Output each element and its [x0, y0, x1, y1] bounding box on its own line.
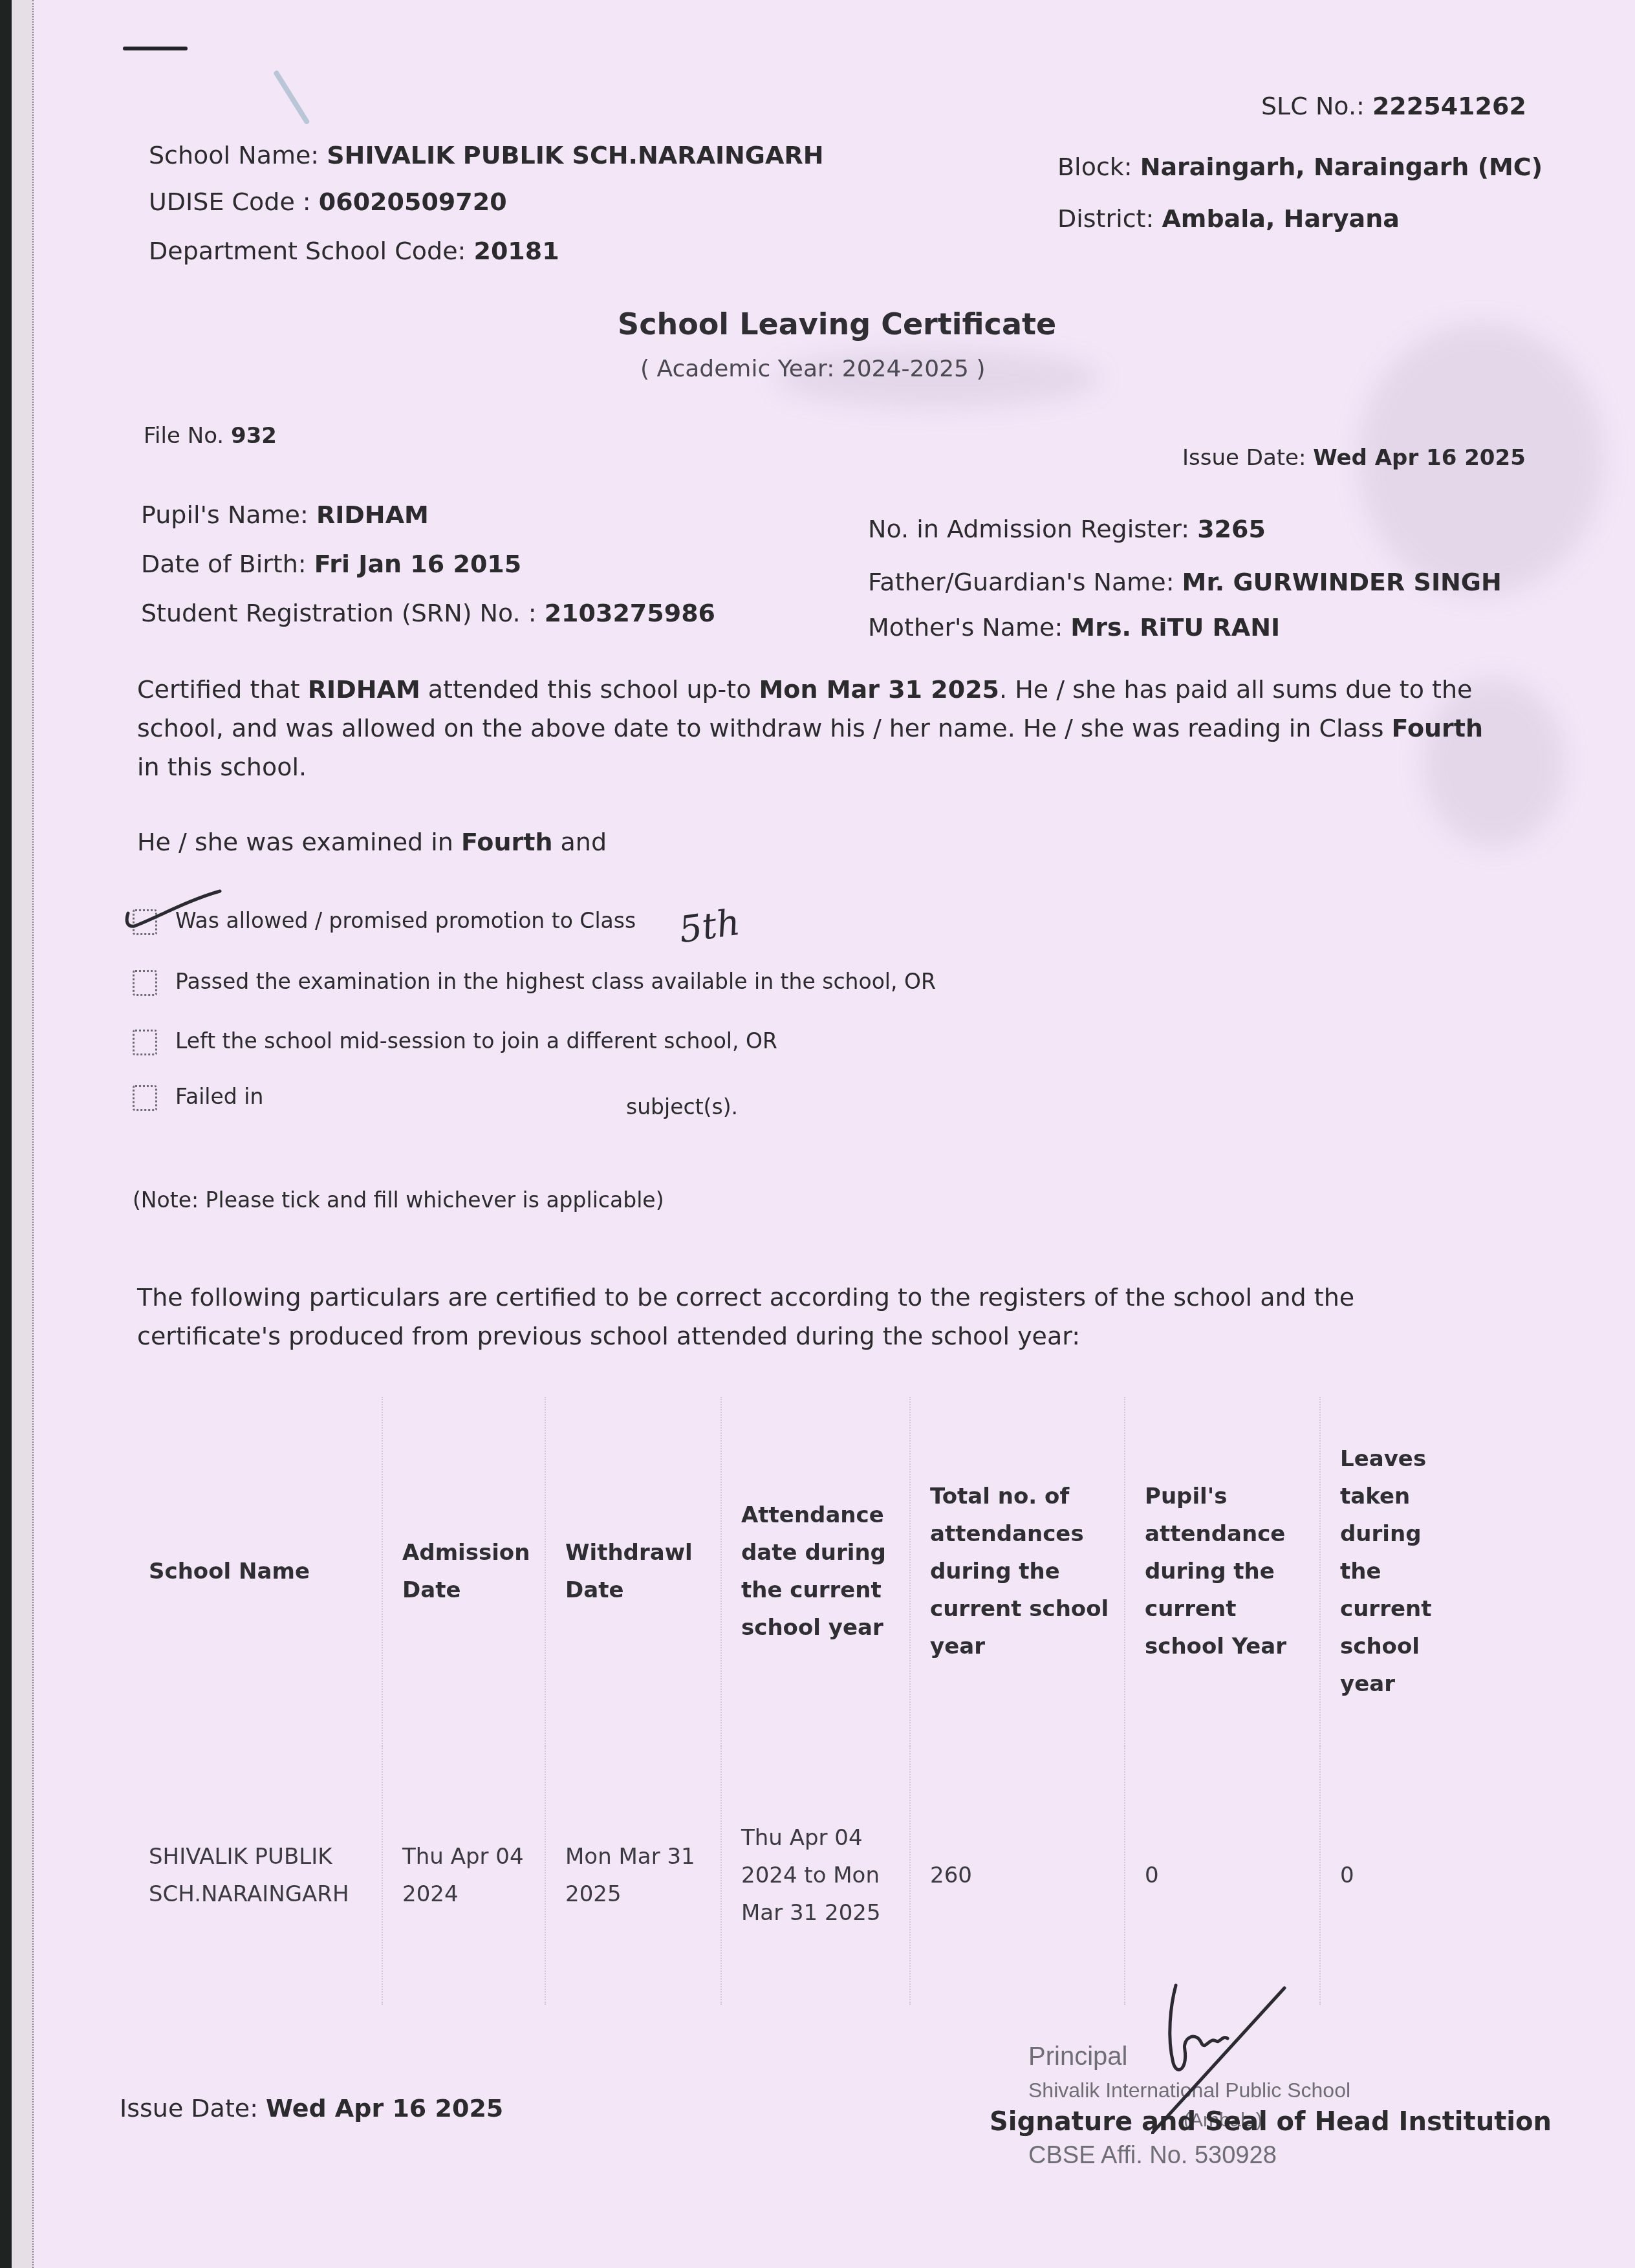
staple-mark	[273, 70, 310, 125]
passed-checkbox[interactable]	[133, 970, 157, 996]
principal-signature-icon	[1151, 1979, 1306, 2134]
school-name: School Name: SHIVALIK PUBLIK SCH.NARAING…	[149, 141, 824, 169]
file-number: File No. 932	[144, 423, 277, 449]
header-withdrawl-date: Withdrawl Date	[545, 1397, 721, 1746]
academic-year: ( Academic Year: 2024-2025 )	[640, 356, 986, 382]
srn-number: Student Registration (SRN) No. : 2103275…	[141, 599, 715, 627]
scan-edge	[0, 0, 12, 2268]
stamp-affiliation: CBSE Affi. No. 530928	[1028, 2142, 1277, 2170]
particulars-intro: The following particulars are certified …	[137, 1278, 1431, 1355]
left-mid-session-checkbox[interactable]	[133, 1030, 157, 1055]
scan-border	[12, 0, 34, 2268]
date-of-birth: Date of Birth: Fri Jan 16 2015	[141, 550, 521, 578]
option-passed-highest-class: Passed the examination in the highest cl…	[133, 969, 936, 996]
check-mark-icon	[123, 887, 226, 939]
handwritten-class: 5th	[677, 902, 742, 951]
cell-admission-date: Thu Apr 04 2024	[382, 1746, 545, 2005]
certification-statement: Certified that RIDHAM attended this scho…	[137, 670, 1508, 786]
pupil-name: Pupil's Name: RIDHAM	[141, 501, 429, 529]
header-admission-date: Admission Date	[382, 1397, 545, 1746]
department-school-code: Department School Code: 20181	[149, 237, 559, 265]
issue-date-bottom: Issue Date: Wed Apr 16 2025	[120, 2094, 503, 2122]
father-guardian-name: Father/Guardian's Name: Mr. GURWINDER SI…	[868, 568, 1502, 596]
failed-checkbox[interactable]	[133, 1085, 157, 1111]
option-failed: Failed in	[133, 1084, 263, 1111]
option-left-mid-session: Left the school mid-session to join a di…	[133, 1028, 777, 1055]
header-school-name: School Name	[126, 1397, 382, 1746]
examined-statement: He / she was examined in Fourth and	[137, 828, 607, 856]
cell-withdrawl-date: Mon Mar 31 2025	[545, 1746, 721, 2005]
note: (Note: Please tick and fill whichever is…	[133, 1187, 664, 1213]
cell-pupil-attendance: 0	[1125, 1746, 1320, 2005]
cell-total-attendances: 260	[910, 1746, 1125, 2005]
cell-leaves-taken: 0	[1320, 1746, 1444, 2005]
stamp-principal: Principal	[1028, 2042, 1127, 2071]
cell-school-name: SHIVALIK PUBLIK SCH.NARAINGARH	[126, 1746, 382, 2005]
header-attendance-date: Attendance date during the current schoo…	[721, 1397, 910, 1746]
issue-date-top: Issue Date: Wed Apr 16 2025	[1182, 445, 1526, 471]
staple-mark	[123, 47, 188, 50]
slc-number: SLC No.: 222541262	[1261, 92, 1526, 120]
failed-subjects-suffix: subject(s).	[626, 1094, 738, 1119]
cell-attendance-range: Thu Apr 04 2024 to Mon Mar 31 2025	[721, 1746, 910, 2005]
header-total-attendances: Total no. of attendances during the curr…	[910, 1397, 1125, 1746]
particulars-table: School Name Admission Date Withdrawl Dat…	[126, 1397, 1444, 2005]
table-row: SHIVALIK PUBLIK SCH.NARAINGARH Thu Apr 0…	[126, 1746, 1444, 2005]
udise-code: UDISE Code : 06020509720	[149, 188, 507, 216]
header-leaves-taken: Leaves taken during the current school y…	[1320, 1397, 1444, 1746]
certificate-title: School Leaving Certificate	[618, 307, 1056, 341]
mother-name: Mother's Name: Mrs. RiTU RANI	[868, 613, 1280, 642]
district: District: Ambala, Haryana	[1057, 204, 1400, 233]
admission-register-number: No. in Admission Register: 3265	[868, 515, 1266, 543]
header-pupil-attendance: Pupil's attendance during the current sc…	[1125, 1397, 1320, 1746]
table-header-row: School Name Admission Date Withdrawl Dat…	[126, 1397, 1444, 1746]
block: Block: Naraingarh, Naraingarh (MC)	[1057, 153, 1543, 181]
